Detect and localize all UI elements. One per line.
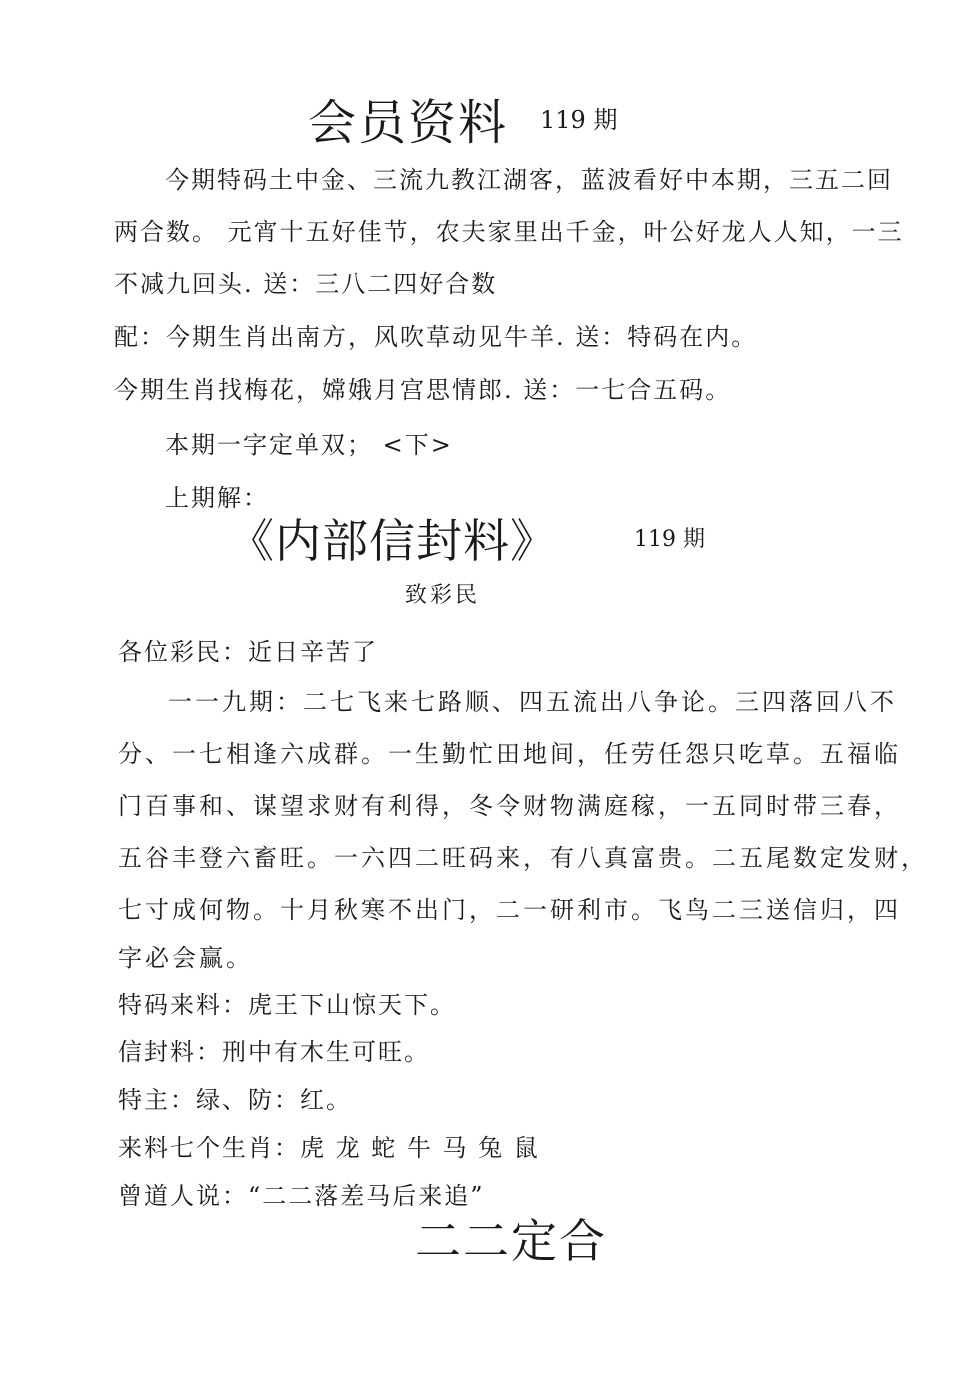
final-verdict: 二二定合 (415, 1205, 607, 1271)
paragraph-line: 今期特码土中金、三流九教江湖客，蓝波看好中本期，三五二回 (165, 160, 893, 195)
zodiac-line: 来料七个生肖：虎 龙 蛇 牛 马 兔 鼠 (118, 1128, 540, 1163)
paragraph-line: 分、一七相逢六成群。一生勤忙田地间，任劳任怨只吃草。五福临 (118, 734, 901, 769)
paragraph-line: 门百事和、谋望求财有利得，冬令财物满庭稼，一五同时带三春， (118, 786, 901, 821)
envelope-title: 《内部信封料》 (228, 505, 557, 571)
xinfeng-line: 信封料：刑中有木生可旺。 (118, 1032, 430, 1067)
envelope-issue: 119 期 (634, 522, 705, 553)
tezhu-line: 特主：绿、防：红。 (118, 1080, 352, 1115)
member-info-title: 会员资料 (308, 84, 508, 153)
paragraph-line: 两合数。 元宵十五好佳节，农夫家里出千金，叶公好龙人人知，一三 (114, 212, 904, 247)
danshuang-line: 本期一字定单双； <下> (165, 425, 453, 460)
paragraph-line: 五谷丰登六畜旺。一六四二旺码来，有八真富贵。二五尾数定发财， (118, 838, 928, 873)
greeting: 各位彩民：近日辛苦了 (118, 632, 378, 667)
pei-line: 配：今期生肖出南方，风吹草动见牛羊. 送：特码在内。 (114, 317, 757, 352)
paragraph-line: 七寸成何物。十月秋寒不出门，二一研利市。飞鸟二三送信归，四 (118, 890, 901, 925)
member-info-issue: 119 期 (540, 100, 617, 135)
envelope-subtitle: 致彩民 (405, 578, 480, 609)
tema-line: 特码来料：虎王下山惊天下。 (118, 985, 456, 1020)
paragraph-line: 字必会赢。 (118, 938, 253, 973)
paragraph-line: 一一九期：二七飞来七路顺、四五流出八争论。三四落回八不 (168, 682, 897, 717)
paragraph-line: 不减九回头. 送：三八二四好合数 (114, 264, 497, 299)
meihua-line: 今期生肖找梅花，嫦娥月宫思情郎. 送：一七合五码。 (114, 370, 731, 405)
